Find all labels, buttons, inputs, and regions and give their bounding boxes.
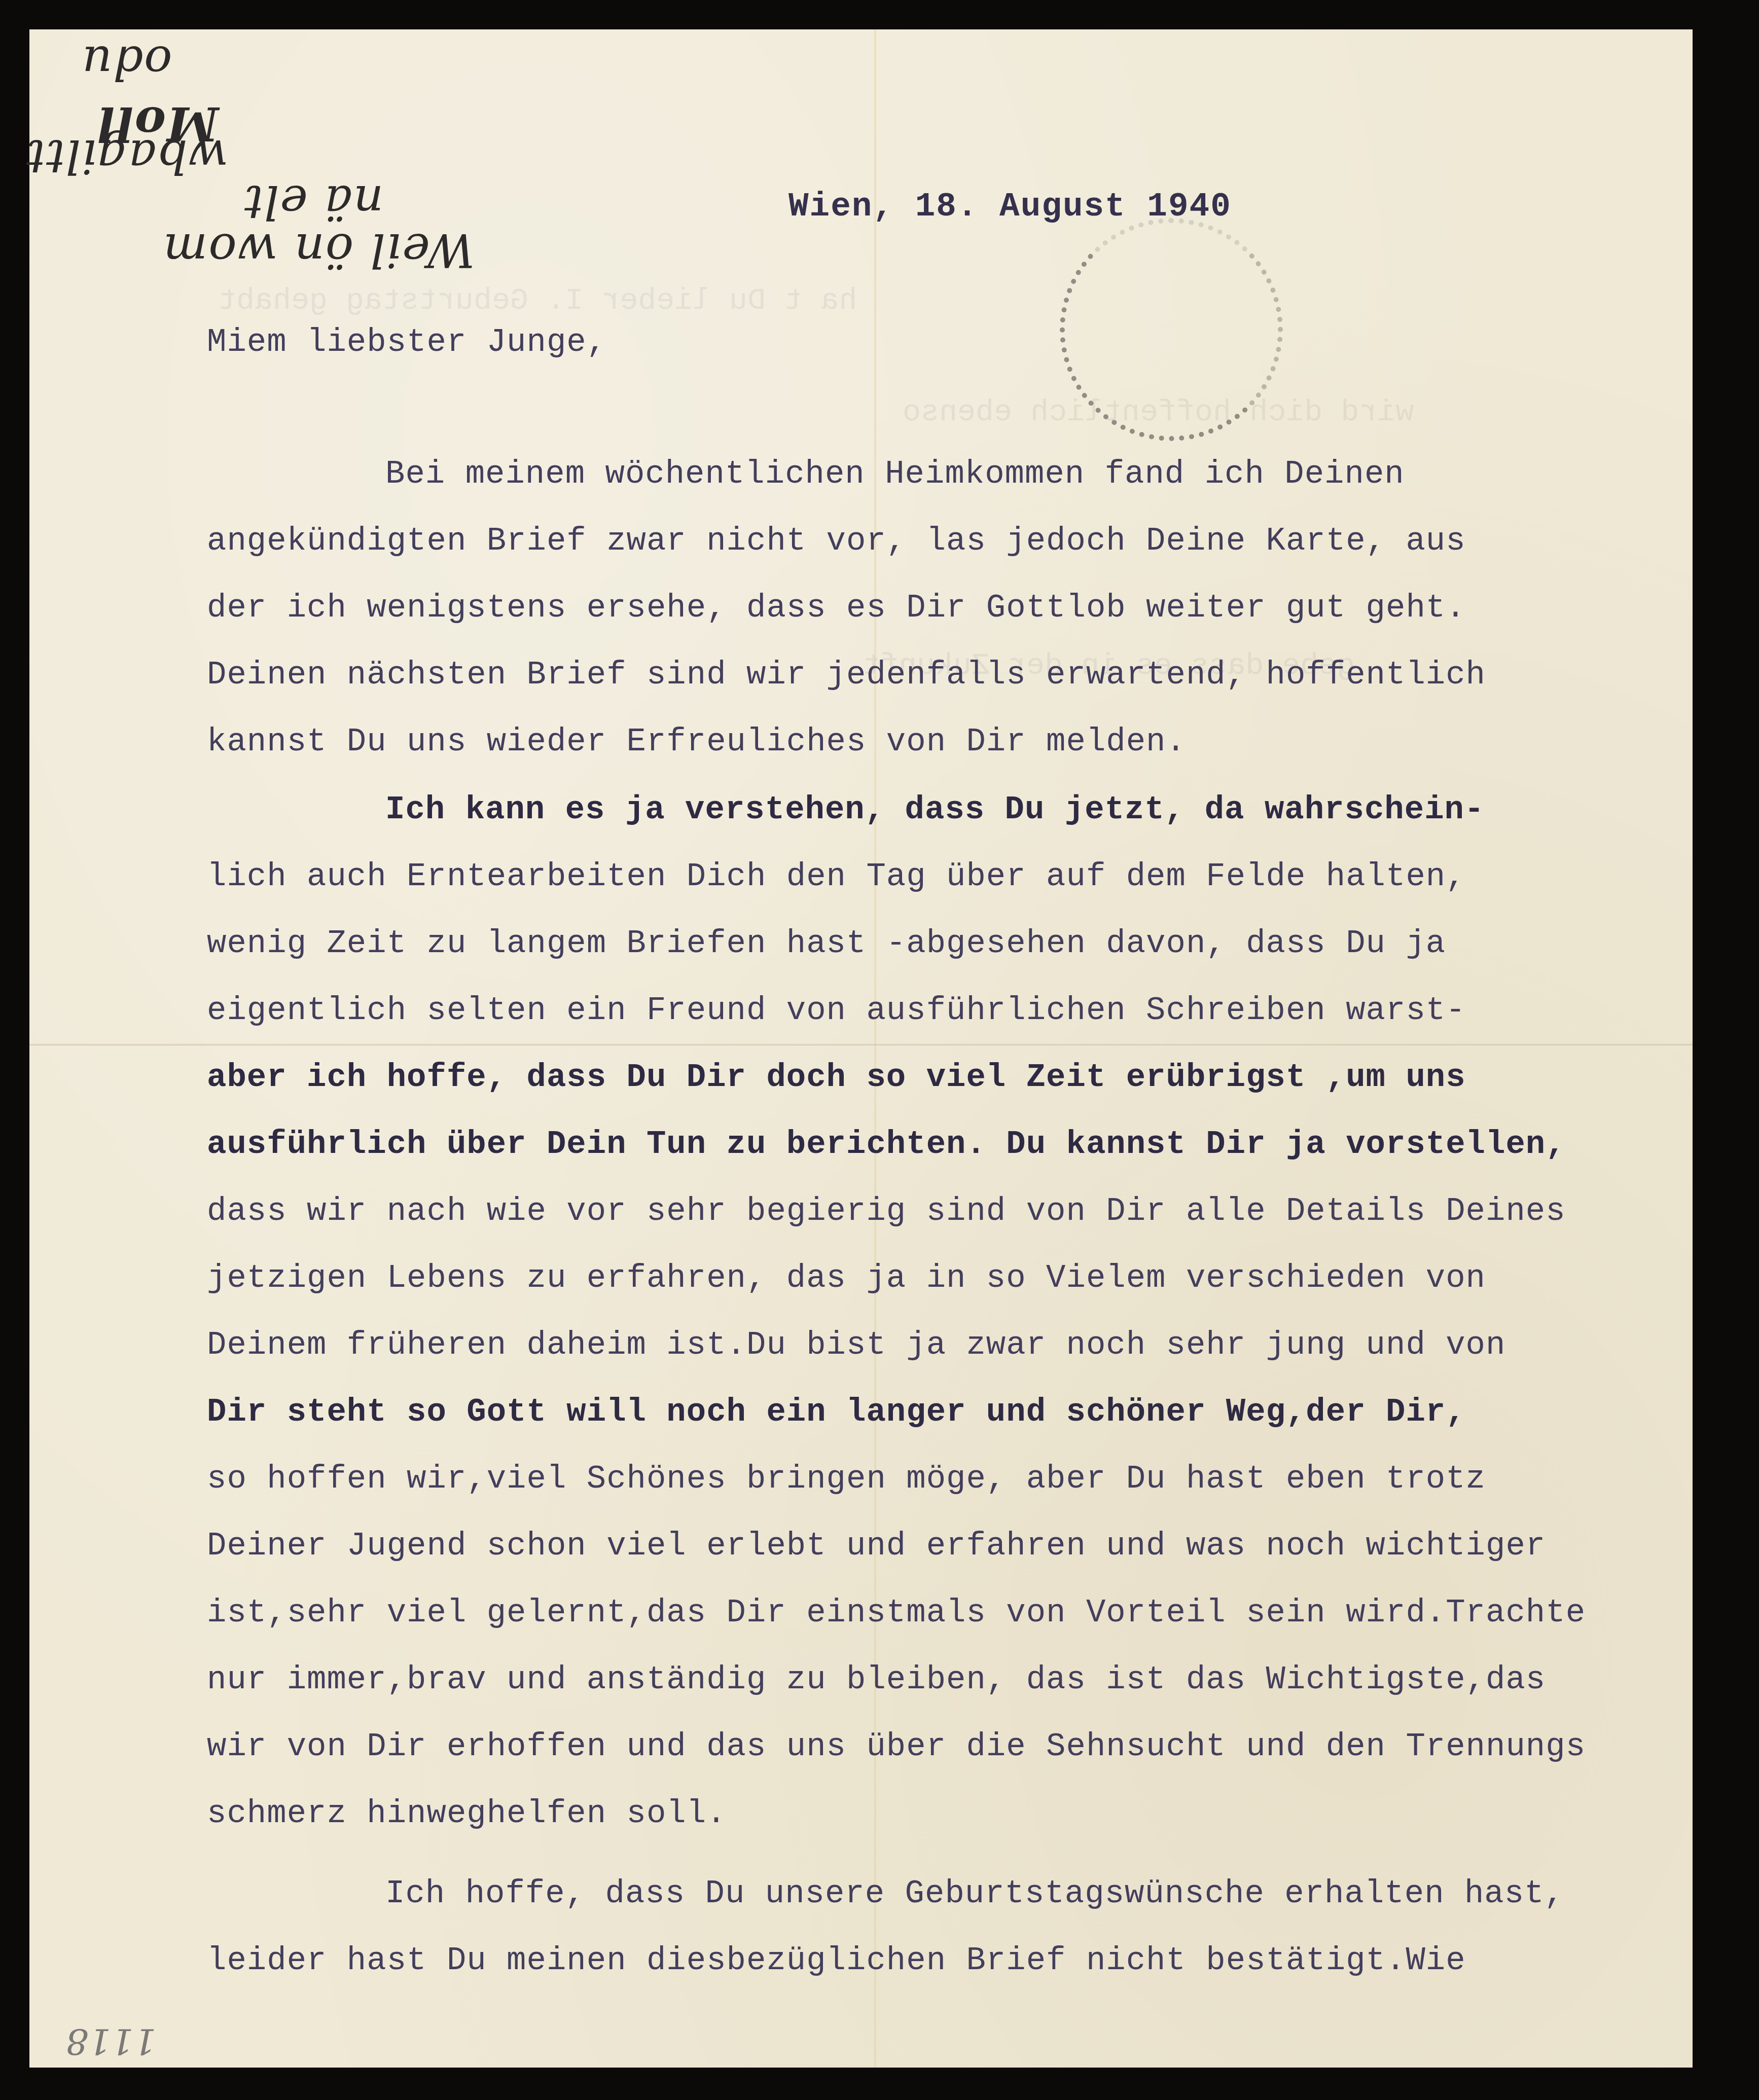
letter-line: eigentlich selten ein Freund von ausführ… (207, 993, 1466, 1029)
archive-number: 1118 (66, 2020, 156, 2062)
reverse-side-bleed: ha t Du lieber I. Geburtstag gehabt (218, 284, 857, 318)
letter-line: Ich kann es ja verstehen, dass Du jetzt,… (385, 792, 1484, 828)
letter-line: wenig Zeit zu langem Briefen hast -abges… (207, 926, 1446, 962)
salutation: Miem liebster Junge, (207, 324, 606, 361)
horizontal-fold-crease (29, 1043, 1693, 1046)
handwritten-note: odu (81, 35, 172, 90)
letter-line: Bei meinem wöchentlichen Heimkommen fand… (385, 456, 1405, 493)
letter-line: Deinem früheren daheim ist.Du bist ja zw… (207, 1327, 1505, 1364)
handwritten-note: nä elt (243, 175, 383, 229)
letter-line: aber ich hoffe, dass Du Dir doch so viel… (207, 1060, 1466, 1096)
letter-line: Deinen nächsten Brief sind wir jedenfall… (207, 657, 1486, 694)
handwritten-note: Weil ön wom (162, 223, 475, 277)
letter-line: wir von Dir erhoffen und das uns über di… (207, 1729, 1586, 1765)
handwritten-note: wbagiltt (25, 129, 228, 184)
letter-line: kannst Du uns wieder Erfreuliches von Di… (207, 724, 1186, 761)
letter-line: der ich wenigstens ersehe, dass es Dir G… (207, 590, 1466, 627)
letter-line: nur immer,brav und anständig zu bleiben,… (207, 1662, 1546, 1698)
letter-line: angekündigten Brief zwar nicht vor, las … (207, 523, 1466, 560)
letter-line: jetzigen Lebens zu erfahren, das ja in s… (207, 1260, 1486, 1297)
postmark-stamp (1060, 218, 1283, 441)
letter-line: ausführlich über Dein Tun zu berichten. … (207, 1127, 1566, 1163)
letter-line: so hoffen wir,viel Schönes bringen möge,… (207, 1461, 1486, 1498)
letter-line: ist,sehr viel gelernt,das Dir einstmals … (207, 1595, 1586, 1632)
letter-line: Deiner Jugend schon viel erlebt und erfa… (207, 1528, 1546, 1565)
letter-line: Dir steht so Gott will noch ein langer u… (207, 1394, 1466, 1431)
letter-line: lich auch Erntearbeiten Dich den Tag übe… (207, 859, 1466, 895)
letter-line: schmerz hinweghelfen soll. (207, 1796, 727, 1832)
place-date: Wien, 18. August 1940 (788, 188, 1232, 226)
letter-line: leider hast Du meinen diesbezüglichen Br… (207, 1943, 1466, 1979)
letter-line: dass wir nach wie vor sehr begierig sind… (207, 1193, 1566, 1230)
letter-line: Ich hoffe, dass Du unsere Geburtstagswün… (385, 1876, 1564, 1912)
